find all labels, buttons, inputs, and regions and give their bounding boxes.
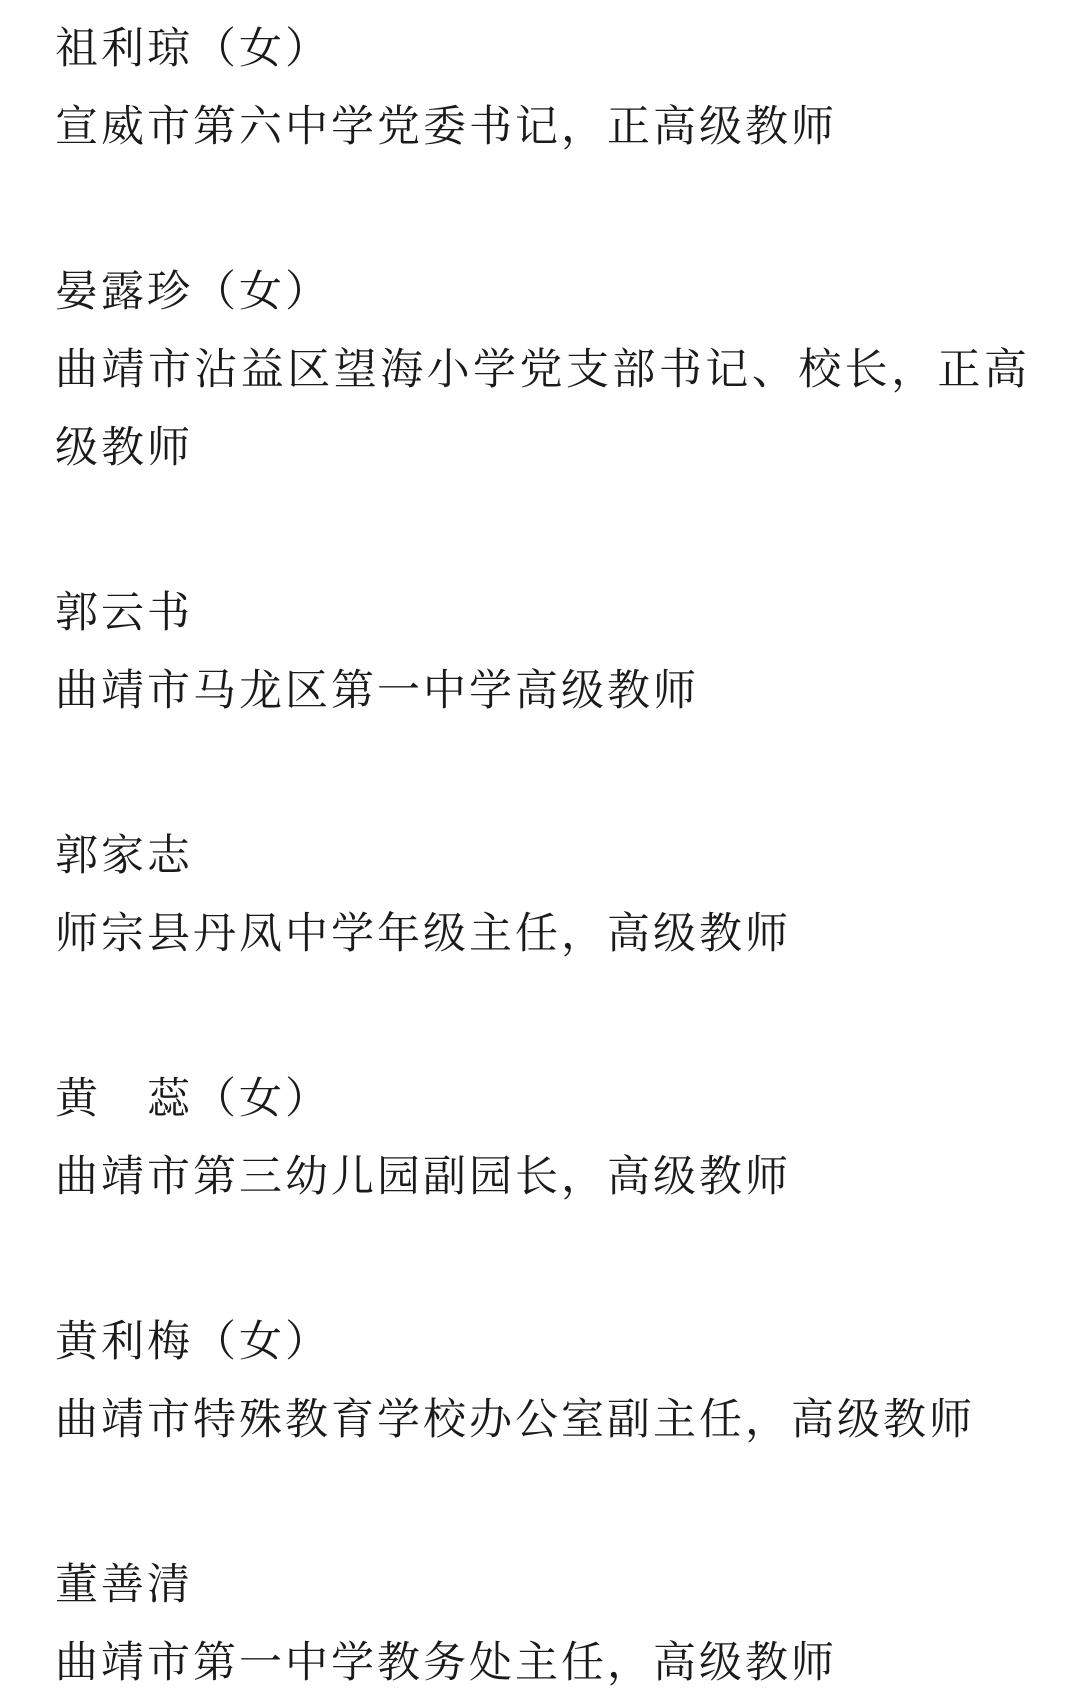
person-position: 曲靖市第一中学教务处主任，高级教师	[55, 1624, 1030, 1695]
person-entry: 祖利琼（女） 宣威市第六中学党委书记，正高级教师	[55, 10, 1030, 166]
person-entry: 黄 蕊（女） 曲靖市第三幼儿园副园长，高级教师	[55, 1060, 1030, 1216]
person-position: 曲靖市马龙区第一中学高级教师	[55, 652, 1030, 730]
person-name: 董善清	[55, 1546, 1030, 1624]
person-name: 郭云书	[55, 574, 1030, 652]
person-name: 晏露珍（女）	[55, 253, 1030, 331]
person-entry: 董善清 曲靖市第一中学教务处主任，高级教师	[55, 1546, 1030, 1695]
person-position: 曲靖市第三幼儿园副园长，高级教师	[55, 1138, 1030, 1216]
person-entry: 晏露珍（女） 曲靖市沾益区望海小学党支部书记、校长，正高级教师	[55, 253, 1030, 487]
person-position: 曲靖市沾益区望海小学党支部书记、校长，正高级教师	[55, 331, 1030, 487]
person-name: 祖利琼（女）	[55, 10, 1030, 88]
person-name: 郭家志	[55, 817, 1030, 895]
person-position: 宣威市第六中学党委书记，正高级教师	[55, 88, 1030, 166]
person-entry: 郭家志 师宗县丹凤中学年级主任，高级教师	[55, 817, 1030, 973]
person-name: 黄 蕊（女）	[55, 1060, 1030, 1138]
person-entry: 郭云书 曲靖市马龙区第一中学高级教师	[55, 574, 1030, 730]
person-name: 黄利梅（女）	[55, 1303, 1030, 1381]
person-position: 曲靖市特殊教育学校办公室副主任，高级教师	[55, 1381, 1030, 1459]
document-page: 祖利琼（女） 宣威市第六中学党委书记，正高级教师 晏露珍（女） 曲靖市沾益区望海…	[0, 0, 1079, 1695]
person-position: 师宗县丹凤中学年级主任，高级教师	[55, 895, 1030, 973]
person-entry: 黄利梅（女） 曲靖市特殊教育学校办公室副主任，高级教师	[55, 1303, 1030, 1459]
